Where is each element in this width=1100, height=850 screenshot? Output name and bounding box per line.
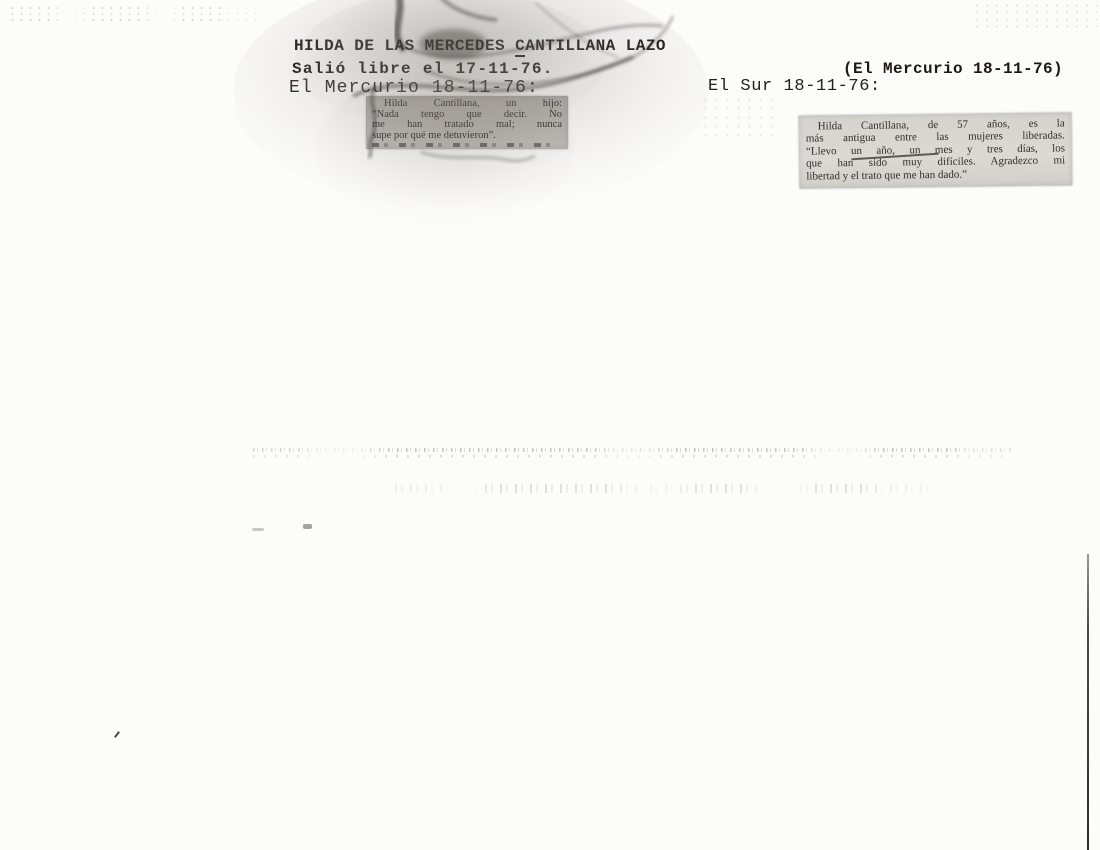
- ink-speck: [114, 731, 120, 738]
- release-date-line: Salió libre el 17-11-76.: [292, 60, 554, 78]
- scan-noise-top-left: [8, 5, 256, 25]
- ink-speck: [252, 528, 264, 531]
- clipping-line: me han tratado mal; nunca: [372, 120, 562, 131]
- scan-noise-top-right: [972, 2, 1097, 32]
- clipping-line: Hilda Cantillana, un hijo:: [372, 99, 562, 110]
- clipping-cutoff-text-edge: [372, 143, 551, 147]
- scan-noise-band-faint: [395, 483, 935, 495]
- clipping-line: supe por qué me detuvieron”.: [372, 131, 562, 142]
- source-line-el-mercurio: El Mercurio 18-11-76:: [289, 78, 539, 98]
- title-text-end: ANTILLANA LAZO: [525, 37, 666, 55]
- source-line-el-sur: El Sur 18-11-76:: [708, 77, 881, 96]
- ink-speck: [303, 524, 312, 529]
- newspaper-clipping-el-sur: Hilda Cantillana, de 57 años, es la más …: [799, 112, 1073, 188]
- title-underlined-letter: C: [515, 37, 525, 57]
- scan-noise-below-el-sur: [700, 95, 780, 137]
- scan-edge-line: [1087, 554, 1089, 850]
- title-text-start: HILDA DE LAS MERCEDES: [294, 37, 515, 55]
- scan-noise-band: [253, 447, 1011, 460]
- newspaper-clipping-el-mercurio: Hilda Cantillana, un hijo: “Nada tengo q…: [366, 96, 568, 149]
- clipping-line: libertad y el trato que me han dado.”: [806, 167, 1065, 183]
- scanned-document-page: HILDA DE LAS MERCEDES CANTILLANA LAZO Sa…: [0, 0, 1100, 850]
- source-line-el-mercurio-parenthetical: (El Mercurio 18-11-76): [843, 60, 1063, 78]
- page-title: HILDA DE LAS MERCEDES CANTILLANA LAZO: [294, 37, 666, 55]
